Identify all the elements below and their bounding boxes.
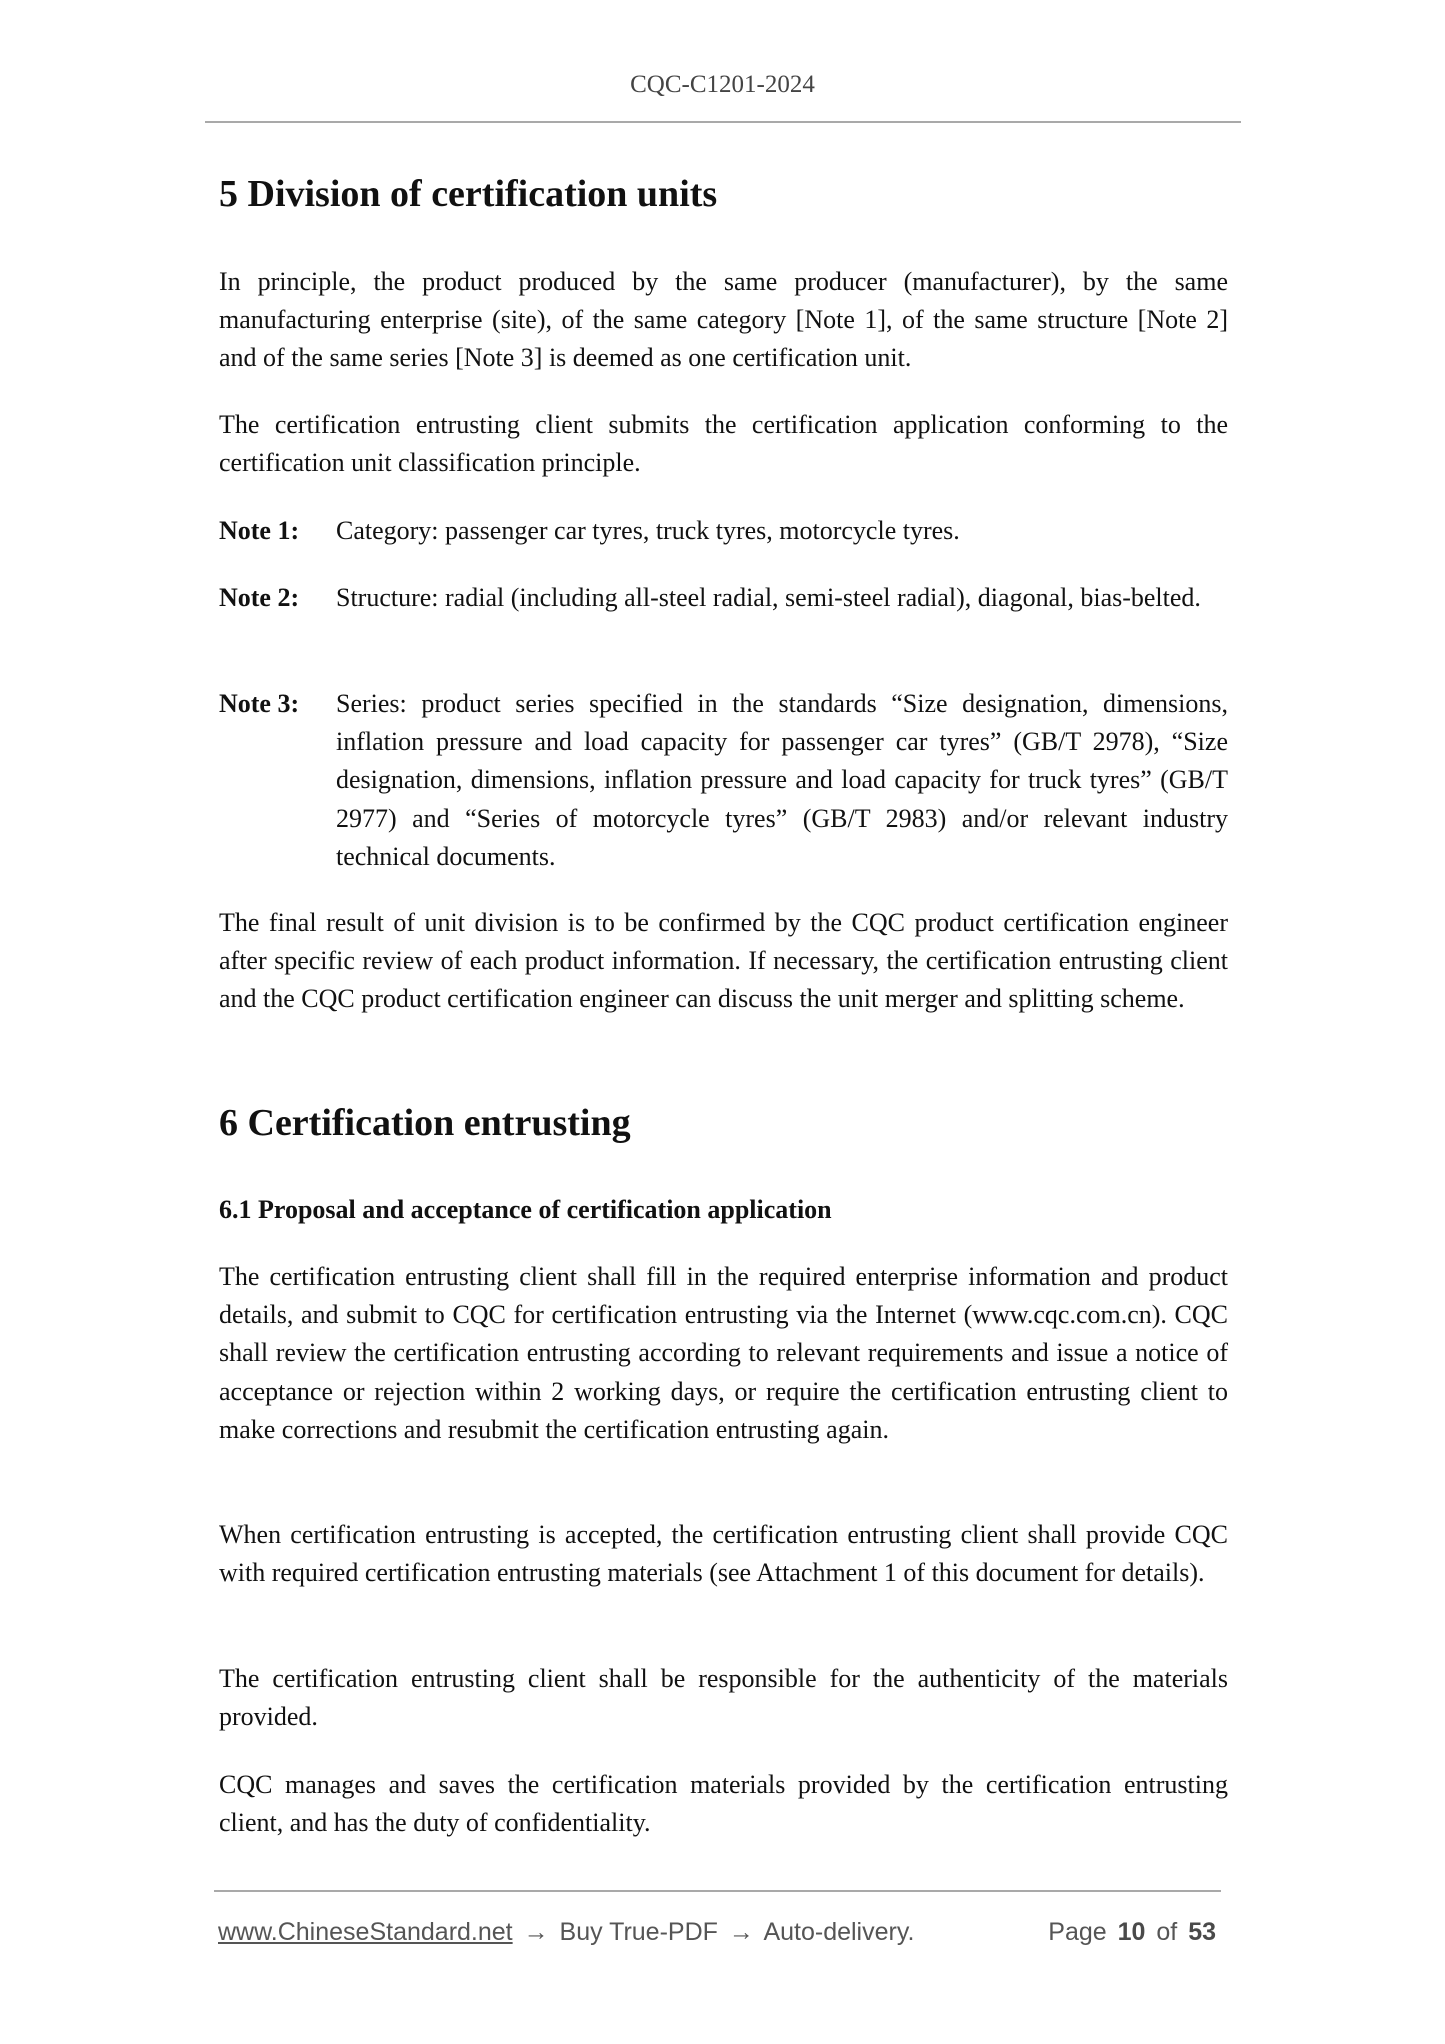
- note-1: Note 1: Category: passenger car tyres, t…: [219, 512, 1228, 550]
- note-3-text: Series: product series specified in the …: [336, 685, 1228, 876]
- page-total: 53: [1188, 1918, 1216, 1946]
- chinesestandard-link[interactable]: www.ChineseStandard.net: [218, 1918, 513, 1946]
- footer-step-buy: Buy True-PDF: [560, 1918, 718, 1946]
- section-6-1-heading: 6.1 Proposal and acceptance of certifica…: [219, 1193, 1228, 1227]
- arrow-right-icon: →: [725, 1918, 758, 1946]
- section-6-heading: 6 Certification entrusting: [219, 1100, 1228, 1146]
- footer-divider: [214, 1890, 1221, 1892]
- page-word: Page: [1048, 1918, 1106, 1946]
- note-2: Note 2: Structure: radial (including all…: [219, 579, 1228, 617]
- section-5-paragraph-2: The certification entrusting client subm…: [219, 406, 1228, 482]
- page-header-doc-code: CQC-C1201-2024: [0, 70, 1445, 100]
- page-footer: www.ChineseStandard.net → Buy True-PDF →…: [218, 1914, 1218, 1950]
- section-6-1-paragraph-2: When certification entrusting is accepte…: [219, 1516, 1228, 1592]
- section-5-paragraph-1: In principle, the product produced by th…: [219, 263, 1228, 378]
- page-current: 10: [1118, 1918, 1146, 1946]
- arrow-right-icon: →: [520, 1918, 553, 1946]
- footer-step-delivery: Auto-delivery.: [763, 1918, 914, 1946]
- header-divider: [205, 121, 1241, 123]
- note-1-label: Note 1:: [219, 512, 336, 550]
- note-3: Note 3: Series: product series specified…: [219, 685, 1228, 876]
- section-6-1-paragraph-3: The certification entrusting client shal…: [219, 1660, 1228, 1736]
- note-1-text: Category: passenger car tyres, truck tyr…: [336, 512, 1228, 550]
- page-indicator: Page 10 of 53: [1048, 1914, 1216, 1950]
- section-6-1-paragraph-1: The certification entrusting client shal…: [219, 1258, 1228, 1449]
- section-6-1-paragraph-4: CQC manages and saves the certification …: [219, 1766, 1228, 1842]
- of-word: of: [1156, 1918, 1177, 1946]
- section-5-closing-paragraph: The final result of unit division is to …: [219, 904, 1228, 1019]
- note-2-label: Note 2:: [219, 579, 336, 617]
- note-2-text: Structure: radial (including all-steel r…: [336, 579, 1228, 617]
- section-5-heading: 5 Division of certification units: [219, 171, 1228, 217]
- note-3-label: Note 3:: [219, 685, 336, 876]
